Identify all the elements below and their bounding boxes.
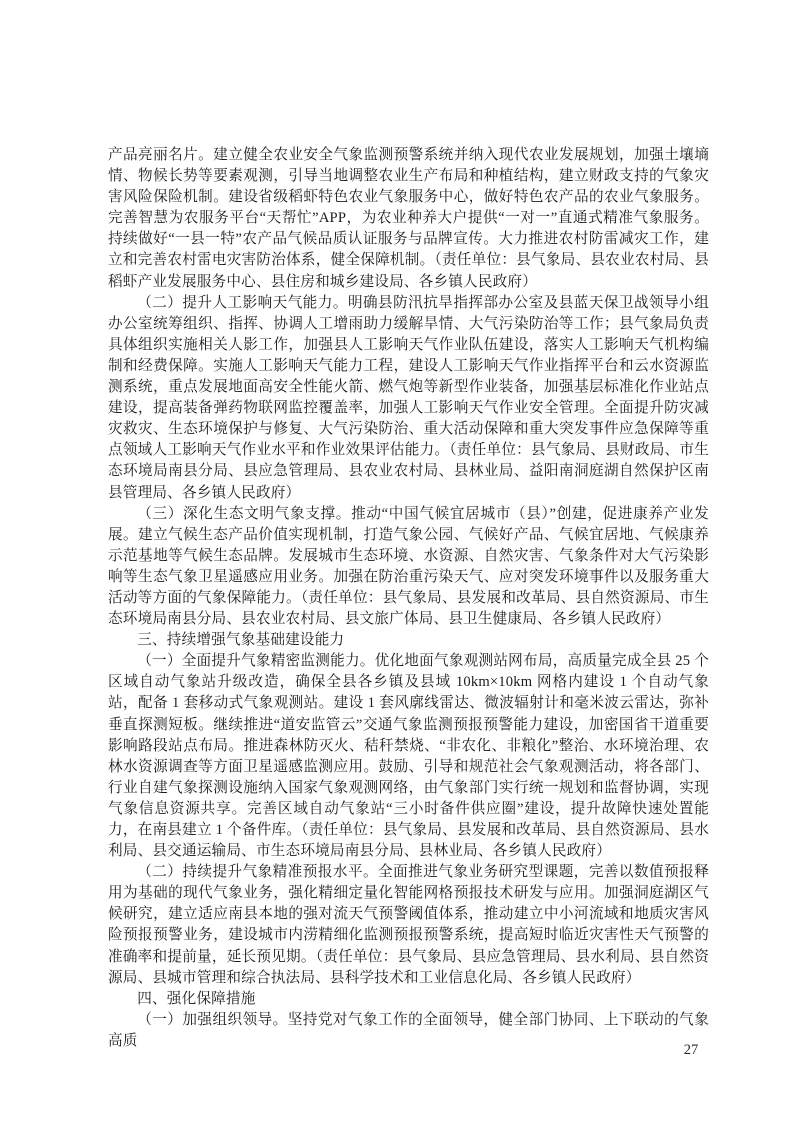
document-body: 产品亮丽名片。建立健全农业安全气象监测预警系统并纳入现代农业发展规划，加强土壤墒… (108, 145, 709, 1052)
section-heading-infrastructure: 三、持续增强气象基础建设能力 (108, 630, 709, 651)
paragraph-precision-monitoring: （一）全面提升气象精密监测能力。优化地面气象观测站网布局，高质量完成全县 25 … (108, 651, 709, 862)
paragraph-forecast-accuracy: （二）持续提升气象精准预报水平。全面推进气象业务研究型课题，完善以数值预报释用为… (108, 862, 709, 989)
paragraph-agriculture-services-continuation: 产品亮丽名片。建立健全农业安全气象监测预警系统并纳入现代农业发展规划，加强土壤墒… (108, 145, 709, 293)
page-number: 27 (676, 1041, 706, 1059)
document-page: 产品亮丽名片。建立健全农业安全气象监测预警系统并纳入现代农业发展规划，加强土壤墒… (0, 0, 793, 1122)
paragraph-ecological-civilization: （三）深化生态文明气象支撑。推动“中国气候宜居城市（县）”创建，促进康养产业发展… (108, 504, 709, 631)
paragraph-organizational-leadership: （一）加强组织领导。坚持党对气象工作的全面领导，健全部门协同、上下联动的气象高质 (108, 1010, 709, 1052)
paragraph-weather-modification: （二）提升人工影响天气能力。明确县防汛抗旱指挥部办公室及县蓝天保卫战领导小组办公… (108, 293, 709, 504)
section-heading-safeguard-measures: 四、强化保障措施 (108, 989, 709, 1010)
